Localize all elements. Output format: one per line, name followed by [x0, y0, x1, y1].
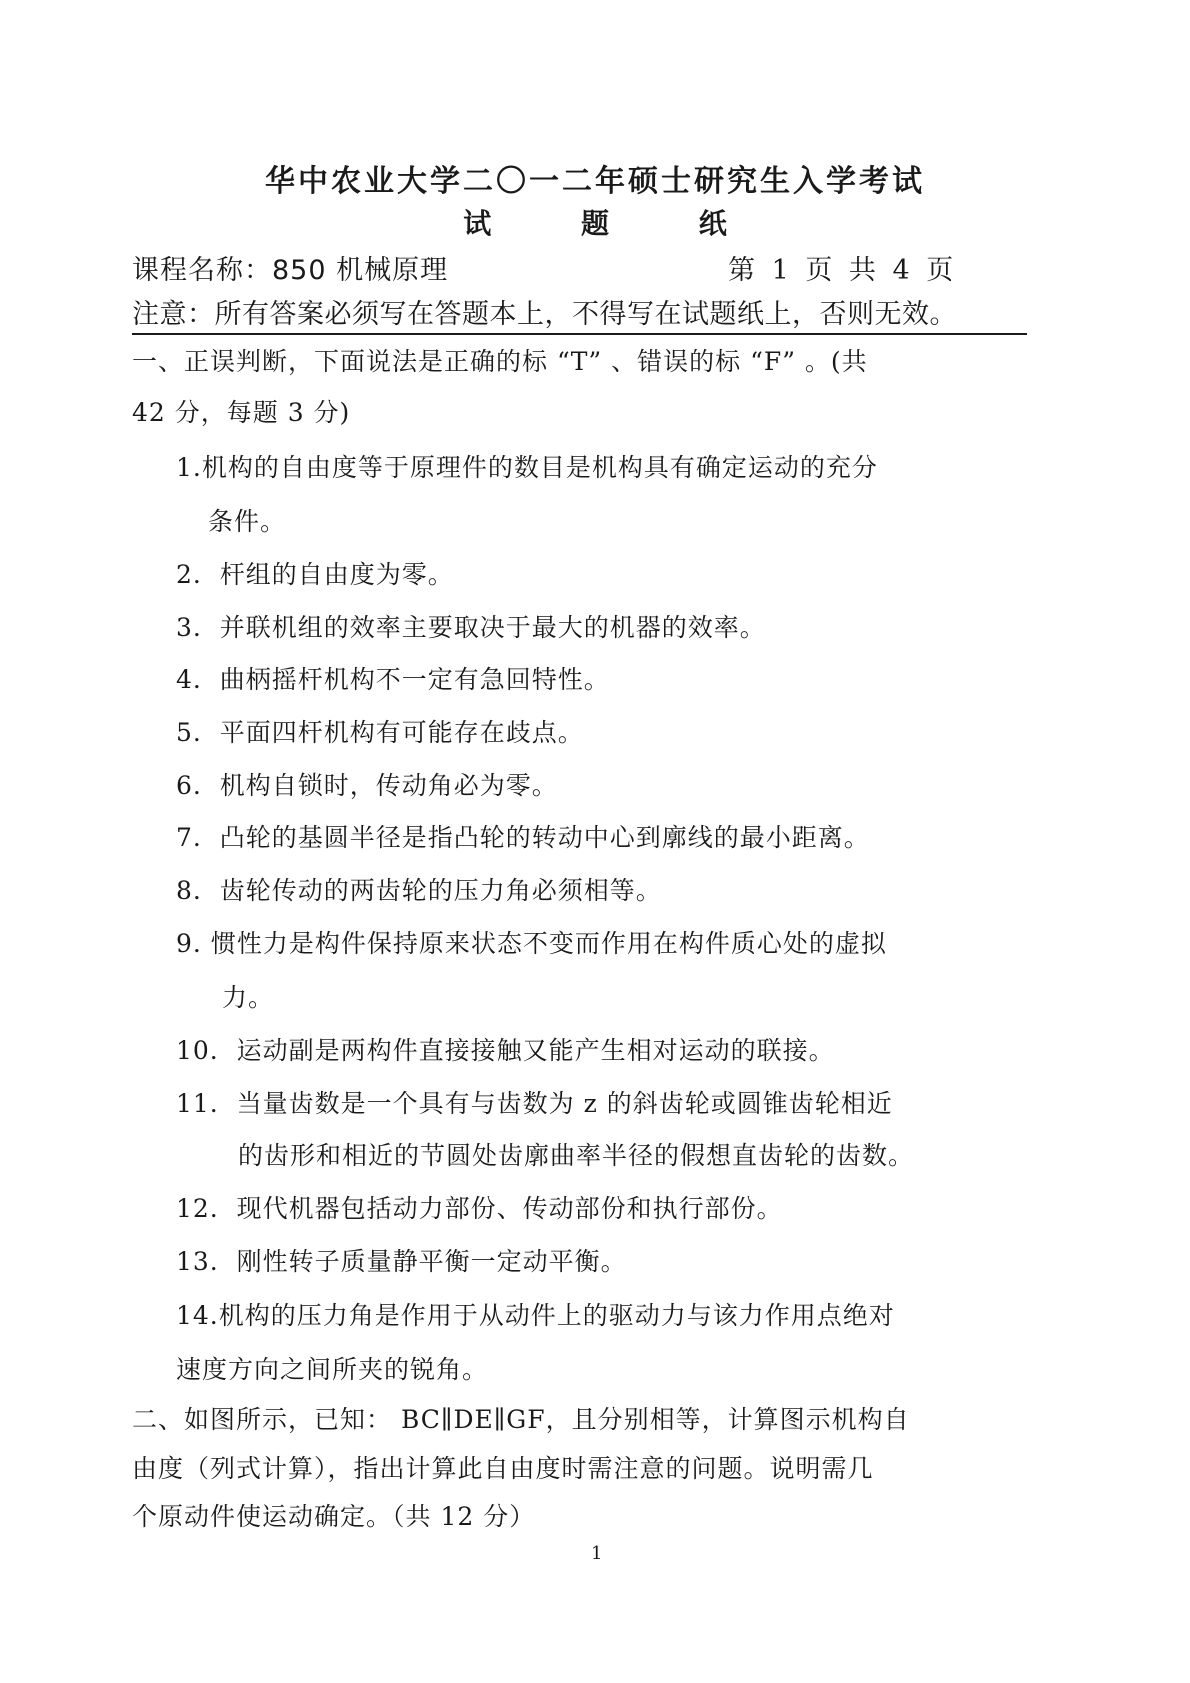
question-2: 2. 杆组的自由度为零。 [176, 555, 454, 591]
section1-heading: 一、正误判断，下面说法是正确的标 “T” 、错误的标 “F” 。(共 [132, 342, 868, 378]
question-6: 6. 机构自锁时，传动角必为零。 [176, 766, 558, 802]
question-11-cont: 的齿形和相近的节圆处齿廓曲率半径的假想直齿轮的齿数。 [238, 1136, 914, 1172]
question-1-cont: 条件。 [208, 502, 286, 538]
section2-line2: 由度（列式计算），指出计算此自由度时需注意的问题。说明需几 [132, 1449, 874, 1485]
exam-notice: 注意：所有答案必须写在答题本上，不得写在试题纸上，否则无效。 [132, 292, 1027, 335]
course-name: 课程名称：850 机械原理 [132, 248, 448, 287]
question-11: 11. 当量齿数是一个具有与齿数为 z 的斜齿轮或圆锥齿轮相近 [176, 1084, 893, 1120]
question-3: 3. 并联机组的效率主要取决于最大的机器的效率。 [176, 608, 766, 644]
question-1: 1.机构的自由度等于原理件的数目是机构具有确定运动的充分 [176, 448, 878, 484]
section2-line1: 二、如图所示，已知： BC∥DE∥GF，且分别相等，计算图示机构自 [132, 1400, 910, 1436]
question-5: 5. 平面四杆机构有可能存在歧点。 [176, 713, 584, 749]
question-12: 12. 现代机器包括动力部份、传动部份和执行部份。 [176, 1189, 783, 1225]
question-4: 4. 曲柄摇杆机构不一定有急回特性。 [176, 660, 610, 696]
course-value: 850 机械原理 [272, 255, 448, 286]
page-number: 1 [591, 1543, 602, 1564]
question-14: 14.机构的压力角是作用于从动件上的驱动力与该力作用点绝对 [176, 1296, 895, 1332]
section2-line3: 个原动件使运动确定。（共 12 分） [132, 1497, 535, 1533]
exam-page: 华中农业大学二〇一二年硕士研究生入学考试 试 题 纸 课程名称：850 机械原理… [0, 0, 1190, 1683]
question-10: 10. 运动副是两构件直接接触又能产生相对运动的联接。 [176, 1031, 835, 1067]
question-9-cont: 力。 [222, 978, 274, 1014]
exam-subtitle: 试 题 纸 [0, 202, 1190, 242]
section1-heading-cont: 42 分，每题 3 分) [132, 393, 350, 429]
question-8: 8. 齿轮传动的两齿轮的压力角必须相等。 [176, 871, 662, 907]
question-7: 7. 凸轮的基圆半径是指凸轮的转动中心到廓线的最小距离。 [176, 818, 870, 854]
question-14-cont: 速度方向之间所夹的锐角。 [176, 1350, 488, 1386]
question-9: 9. 惯性力是构件保持原来状态不变而作用在构件质心处的虚拟 [176, 924, 887, 960]
course-label: 课程名称： [132, 255, 272, 286]
question-13: 13. 刚性转子质量静平衡一定动平衡。 [176, 1242, 627, 1278]
page-info: 第 1 页 共 4 页 [728, 248, 957, 287]
exam-title: 华中农业大学二〇一二年硕士研究生入学考试 [0, 156, 1190, 200]
